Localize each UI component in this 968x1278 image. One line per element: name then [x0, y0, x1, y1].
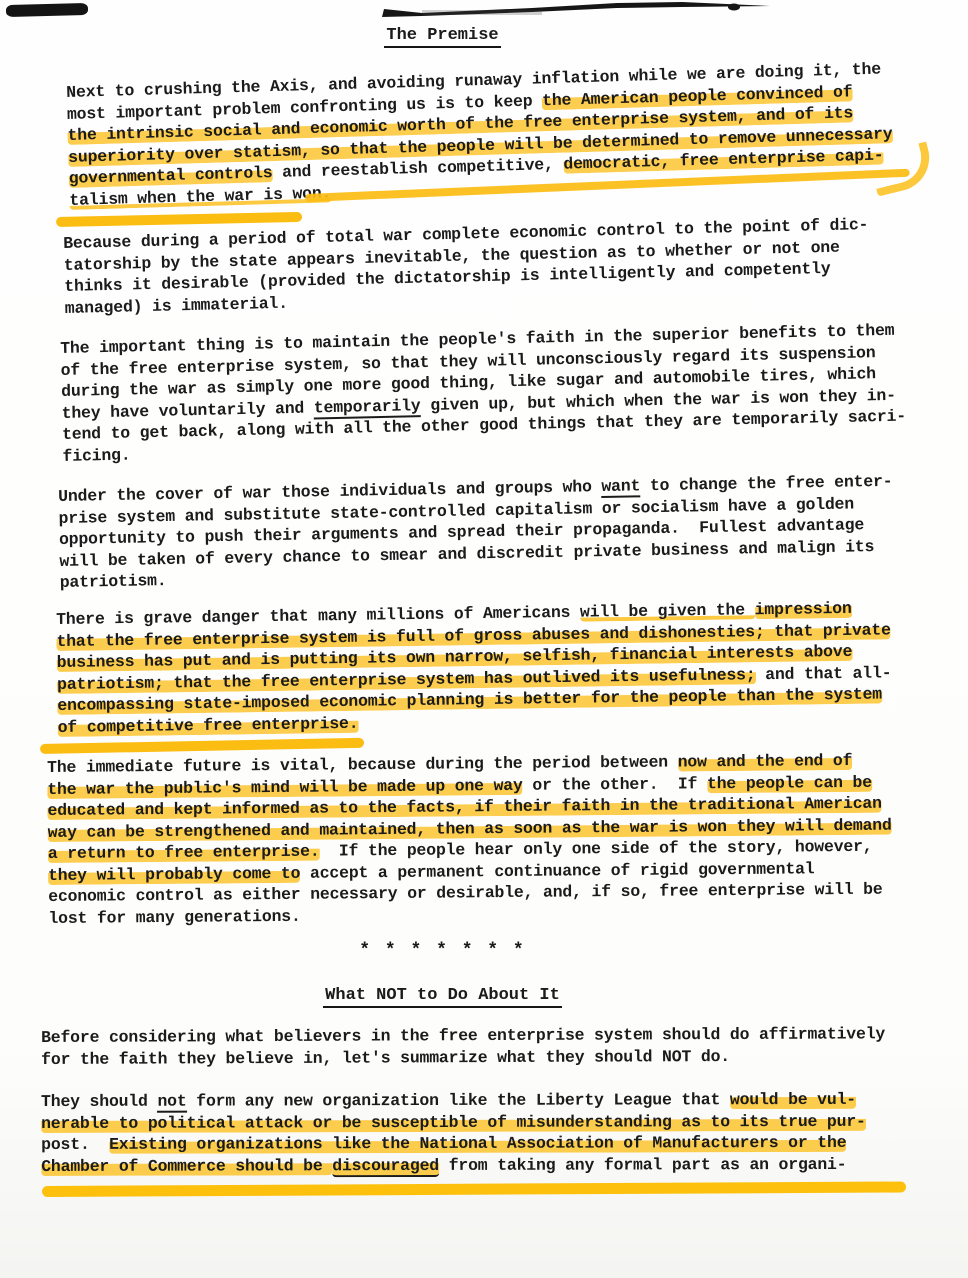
- paragraph: The important thing is to maintain the p…: [60, 320, 907, 467]
- highlighted-text: nerable to political attack or be suscep…: [41, 1111, 866, 1132]
- text-segment: ficing.: [62, 445, 130, 465]
- separator-stars: * * * * * * *: [0, 941, 885, 961]
- text-segment: Before considering what believers in the…: [41, 1024, 885, 1047]
- paragraph: The immediate future is vital, because d…: [47, 750, 893, 929]
- text-segment: or the other. If: [523, 774, 708, 795]
- scanned-document-page: The PremiseNext to crushing the Axis, an…: [0, 0, 968, 1278]
- text-line: Before considering what believers in the…: [41, 1023, 885, 1048]
- marker-bar: [40, 738, 364, 754]
- text-segment: form any new organization like the Liber…: [187, 1090, 730, 1110]
- text-segment: for the faith they believe in, let's sum…: [41, 1046, 730, 1068]
- highlighted-text: would be vul-: [730, 1090, 856, 1109]
- text-segment: They should: [41, 1092, 157, 1111]
- heading-text: * * * * * * *: [359, 941, 525, 961]
- text-line: for the faith they believe in, let's sum…: [41, 1045, 885, 1070]
- highlighted-text: discouraged: [332, 1155, 439, 1176]
- text-segment: post.: [41, 1135, 109, 1154]
- scan-smudge-artifact: [6, 3, 88, 17]
- section-heading: What NOT to Do About It: [0, 986, 885, 1008]
- heading-text: The Premise: [384, 26, 500, 48]
- marker-bar: [56, 212, 302, 227]
- text-segment: from taking any formal part as an organi…: [439, 1154, 847, 1174]
- highlighted-text: Chamber of Commerce should be: [41, 1156, 332, 1176]
- highlighted-text: impression: [754, 599, 851, 619]
- paragraph: Before considering what believers in the…: [41, 1023, 885, 1070]
- marker-bar: [42, 1181, 906, 1197]
- text-segment: managed) is immaterial.: [65, 293, 289, 317]
- document-title: The Premise: [0, 26, 885, 48]
- paragraph: Under the cover of war those individuals…: [58, 471, 894, 594]
- text-segment: patriotism.: [60, 571, 167, 592]
- highlighted-text: will be given the: [580, 600, 755, 621]
- text-segment: lost for many generations.: [48, 906, 300, 927]
- highlighted-text: the people can be: [707, 772, 872, 792]
- paragraph: They should not form any new organizatio…: [41, 1089, 866, 1177]
- highlighted-text: the war the public's mind will be made u…: [47, 775, 523, 798]
- underlined-text: temporarily: [314, 396, 421, 419]
- highlighted-text: Existing organizations like the National…: [109, 1133, 846, 1154]
- paragraph: There is grave danger that many millions…: [56, 597, 892, 738]
- text-line: post. Existing organizations like the Na…: [41, 1132, 866, 1156]
- text-line: They should not form any new organizatio…: [41, 1089, 866, 1113]
- heading-text: What NOT to Do About It: [323, 986, 562, 1008]
- text-line: nerable to political attack or be suscep…: [41, 1110, 866, 1134]
- highlighted-text: of competitive free enterprise.: [58, 713, 359, 736]
- scan-streak-artifact: [382, 0, 782, 24]
- highlighted-text: now and the end of: [678, 751, 853, 772]
- text-line: Chamber of Commerce should be discourage…: [41, 1153, 866, 1177]
- underlined-text: not: [157, 1092, 186, 1113]
- underlined-text: want: [601, 476, 640, 498]
- paragraph: Because during a period of total war com…: [63, 214, 870, 319]
- highlighted-text: a return to free enterprise.: [48, 842, 320, 863]
- text-segment: accept a permanent continuance of rigid …: [300, 859, 814, 882]
- text-segment: If the people hear only one side of the …: [319, 837, 872, 861]
- text-segment: to change the free enter-: [640, 472, 893, 496]
- text-segment: and that all-: [755, 663, 891, 684]
- highlighted-text: they will probably come to: [48, 863, 300, 884]
